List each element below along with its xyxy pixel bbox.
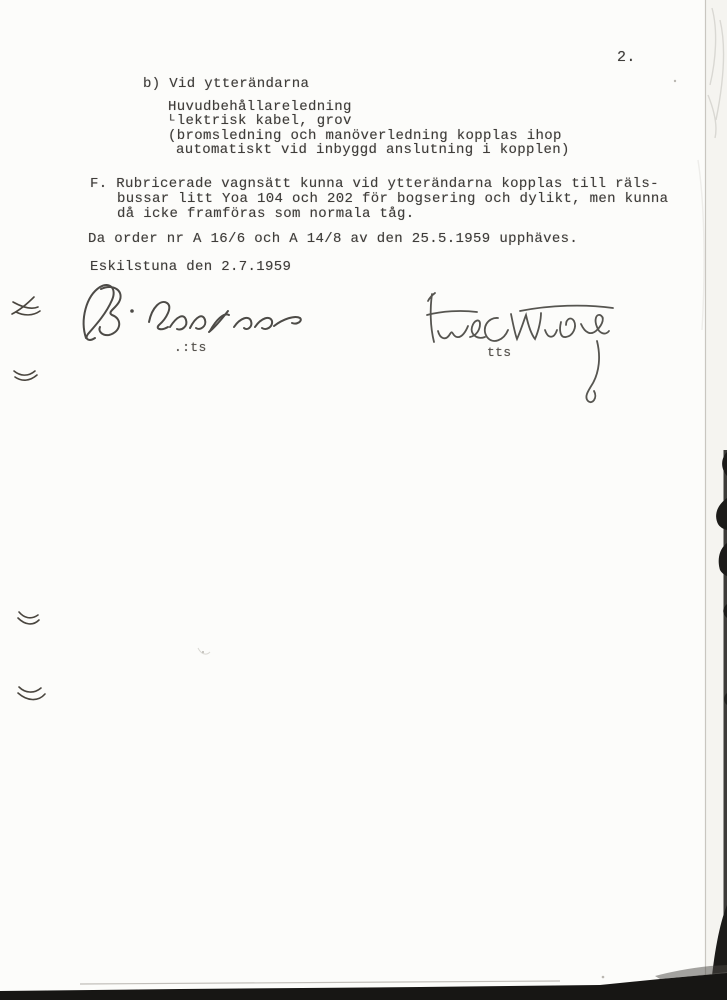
- page-number: 2.: [617, 50, 636, 65]
- left-signature-typed-initials: .:ts: [174, 340, 207, 355]
- margin-marks: [12, 297, 45, 700]
- section-b-line: automatiskt vid inbyggd anslutning i kop…: [176, 143, 570, 158]
- right-edge-artifacts: [711, 450, 727, 1000]
- scanned-document-page: 2. b) Vid ytterändarna Huvudbehållareled…: [0, 0, 727, 1000]
- margin-check-mark-4: [18, 687, 45, 700]
- section-f-line: då icke framföras som normala tåg.: [117, 207, 415, 222]
- margin-check-mark-1: [12, 297, 40, 315]
- margin-check-mark-3: [18, 612, 39, 624]
- right-signature-typed-initials: tts: [487, 345, 511, 360]
- section-b-line: ᴸlektrisk kabel, grov: [168, 114, 352, 129]
- scan-smudges: [698, 8, 723, 330]
- date-line: Eskilstuna den 2.7.1959: [90, 260, 291, 275]
- section-f-line: bussar litt Yoa 104 och 202 för bogserin…: [117, 192, 668, 207]
- order-revocation-line: Da order nr A 16/6 och A 14/8 av den 25.…: [88, 232, 578, 247]
- section-b-heading: b) Vid ytterändarna: [143, 77, 309, 92]
- signature-left: [84, 285, 301, 340]
- section-f-line: F. Rubricerade vagnsätt kunna vid ytterä…: [90, 177, 659, 192]
- bottom-edge-band: [0, 965, 727, 1000]
- page-fold-strip: [705, 0, 727, 1000]
- margin-check-mark-2: [14, 371, 37, 380]
- signature-right: [427, 293, 613, 402]
